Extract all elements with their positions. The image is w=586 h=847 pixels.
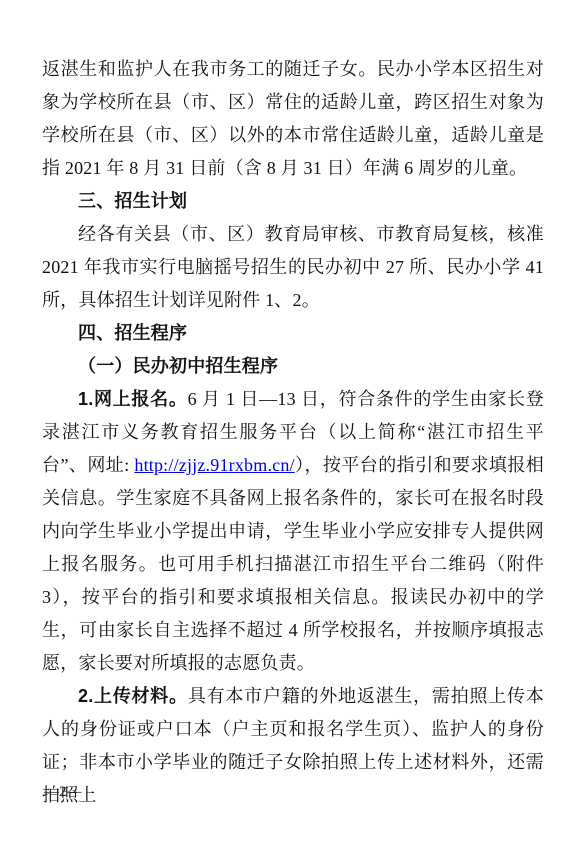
heading-section-4-enrollment-procedure: 四、招生程序	[42, 317, 544, 350]
paragraph-continuation: 返湛生和监护人在我市务工的随迁子女。民办小学本区招生对象为学校所在县（市、区）常…	[42, 53, 544, 185]
document-page: 返湛生和监护人在我市务工的随迁子女。民办小学本区招生对象为学校所在县（市、区）常…	[0, 0, 586, 847]
document-body: 返湛生和监护人在我市务工的随迁子女。民办小学本区招生对象为学校所在县（市、区）常…	[42, 53, 544, 812]
heading-subsection-private-junior-high-procedure: （一）民办初中招生程序	[42, 350, 544, 383]
platform-url-link[interactable]: http://zjjz.91rxbm.cn/	[134, 455, 294, 475]
heading-section-3-enrollment-plan: 三、招生计划	[42, 185, 544, 218]
paragraph-step1-online-registration: 1.网上报名。6 月 1 日—13 日，符合条件的学生由家长登录湛江市义务教育招…	[42, 383, 544, 680]
step1-label: 1.网上报名。	[78, 389, 188, 409]
page-number: —2—	[44, 782, 82, 802]
step1-text-after-link: ），按平台的指引和要求填报相关信息。学生家庭不具备网上报名条件的，家长可在报名时…	[42, 455, 544, 673]
paragraph-step2-upload-materials: 2.上传材料。具有本市户籍的外地返湛生，需拍照上传本人的身份证或户口本（户主页和…	[42, 680, 544, 812]
step2-label: 2.上传材料。	[78, 686, 188, 706]
paragraph-enrollment-plan: 经各有关县（市、区）教育局审核、市教育局复核，核准 2021 年我市实行电脑摇号…	[42, 218, 544, 317]
